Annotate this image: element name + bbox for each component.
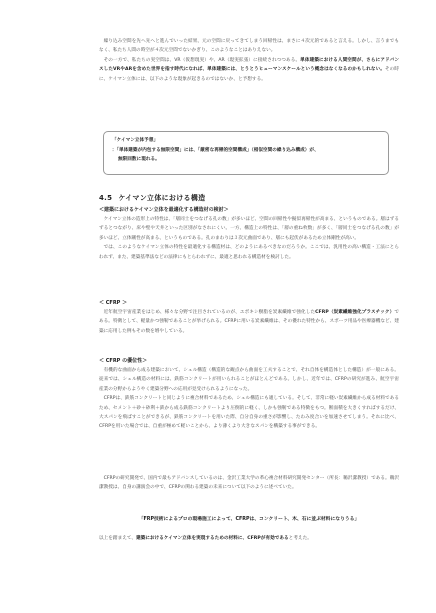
cfrp-emphasis: CFRP（炭素繊維強化プラスチック） [315,310,394,315]
section-body: ＜建築におけるケイマン立体を最適化する構造材の検討＞ ケイマン立体の造形上の特性… [99,205,399,262]
research-section: CFRPの研究開発で、国内で最もアドバンスしているのは、金沢工業大学の革心複合材… [99,474,399,493]
section-heading: 4.5ケイマン立体における構造 [99,193,205,203]
cfrp-advantage-paragraph-1: 有機的な曲面から成る建築において、シェル構造（構造的な観点から曲面を工夫すること… [99,366,399,394]
cfrp-advantage-paragraph-2: CFRPは、鉄筋コンクリートと同じように複合材料であるため、シェル構造にも適して… [99,394,399,432]
section-subtitle: ＜建築におけるケイマン立体を最適化する構造材の検討＞ [99,205,399,215]
intro-line-1: 繰り込み空間を先へ先へと進んでいった結果、元の空間に戻ってきてしまう回帰性は、ま… [104,39,357,44]
conclusion-paragraph: 以上を踏まえて、建築におけるケイマン立体を実現するための材料に、CFRPが有効で… [99,534,399,543]
conclusion: 以上を踏まえて、建築におけるケイマン立体を実現するための材料に、CFRPが有効で… [99,534,399,543]
conclusion-emphasis: 建築におけるケイマン立体を実現するための材料に、CFRPが有効である [136,536,289,541]
cfrp-heading: ＜ CFRP ＞ [99,298,399,308]
conjecture-title: 「ケイマン立体予想」 [112,136,380,146]
section-paragraph-1: ケイマン立体の造形上の特性は、「層同士をつなげる孔の数」が多いほど、空間の回帰性… [99,215,399,243]
section-title: ケイマン立体における構造 [118,194,205,202]
conjecture-body-line-2: 無限回数に現れる。 [112,155,380,165]
cfrp-advantage-section: ＜ CFRP の優位性＞ 有機的な曲面から成る建築において、シェル構造（構造的な… [99,356,399,432]
kayman-conjecture-box: 「ケイマン立体予想」 ：「単体建築が内包する無限空間」には、「厳密な再帰的空間構… [103,131,389,175]
cfrp-paragraph: 近年航空宇宙産業をはじめ、様々な分野で注目されているのが、エポキシ樹脂を炭素繊維… [99,308,399,336]
cfrp-text: 近年航空宇宙産業をはじめ、様々な分野で注目されているのが、エポキシ樹脂を炭素繊維… [104,310,316,315]
cfrp-section: ＜ CFRP ＞ 近年航空宇宙産業をはじめ、様々な分野で注目されているのが、エポ… [99,298,399,336]
document-page: 繰り込み空間を先へ先へと進んでいった結果、元の空間に戻ってきてしまう回帰性は、ま… [0,0,436,613]
conclusion-text: 以上を踏まえて、 [99,536,136,541]
research-paragraph: CFRPの研究開発で、国内で最もアドバンスしているのは、金沢工業大学の革心複合材… [99,474,399,493]
section-paragraph-2: では、このようなケイマン立体の特性を最適化する構造材は、どのようにあるべきなのだ… [99,243,399,262]
intro-paragraph-1: 繰り込み空間を先へ先へと進んでいった結果、元の空間に戻ってきてしまう回帰性は、ま… [99,37,399,56]
conclusion-text-end: と考えた。 [289,536,312,541]
professor-quote: 「FRP技術によるプロの現場施工によって、CFRPは、コンクリート、木、石に並ぶ… [99,515,399,522]
intro-p2-text: その一方で、私たちの実空間は、VR（仮想現実）や、AR（現実拡張）に接続されつつ… [104,58,301,63]
section-number: 4.5 [99,194,112,202]
intro-section: 繰り込み空間を先へ先へと進んでいった結果、元の空間に戻ってきてしまう回帰性は、ま… [99,37,399,84]
intro-paragraph-2: その一方で、私たちの実空間は、VR（仮想現実）や、AR（現実拡張）に接続されつつ… [99,56,399,84]
cfrp-advantage-heading: ＜ CFRP の優位性＞ [99,356,399,366]
conjecture-body-line-1: ：「単体建築が内包する無限空間」には、「厳密な再帰的空間構成」（相似空間の繰り込… [112,146,380,156]
